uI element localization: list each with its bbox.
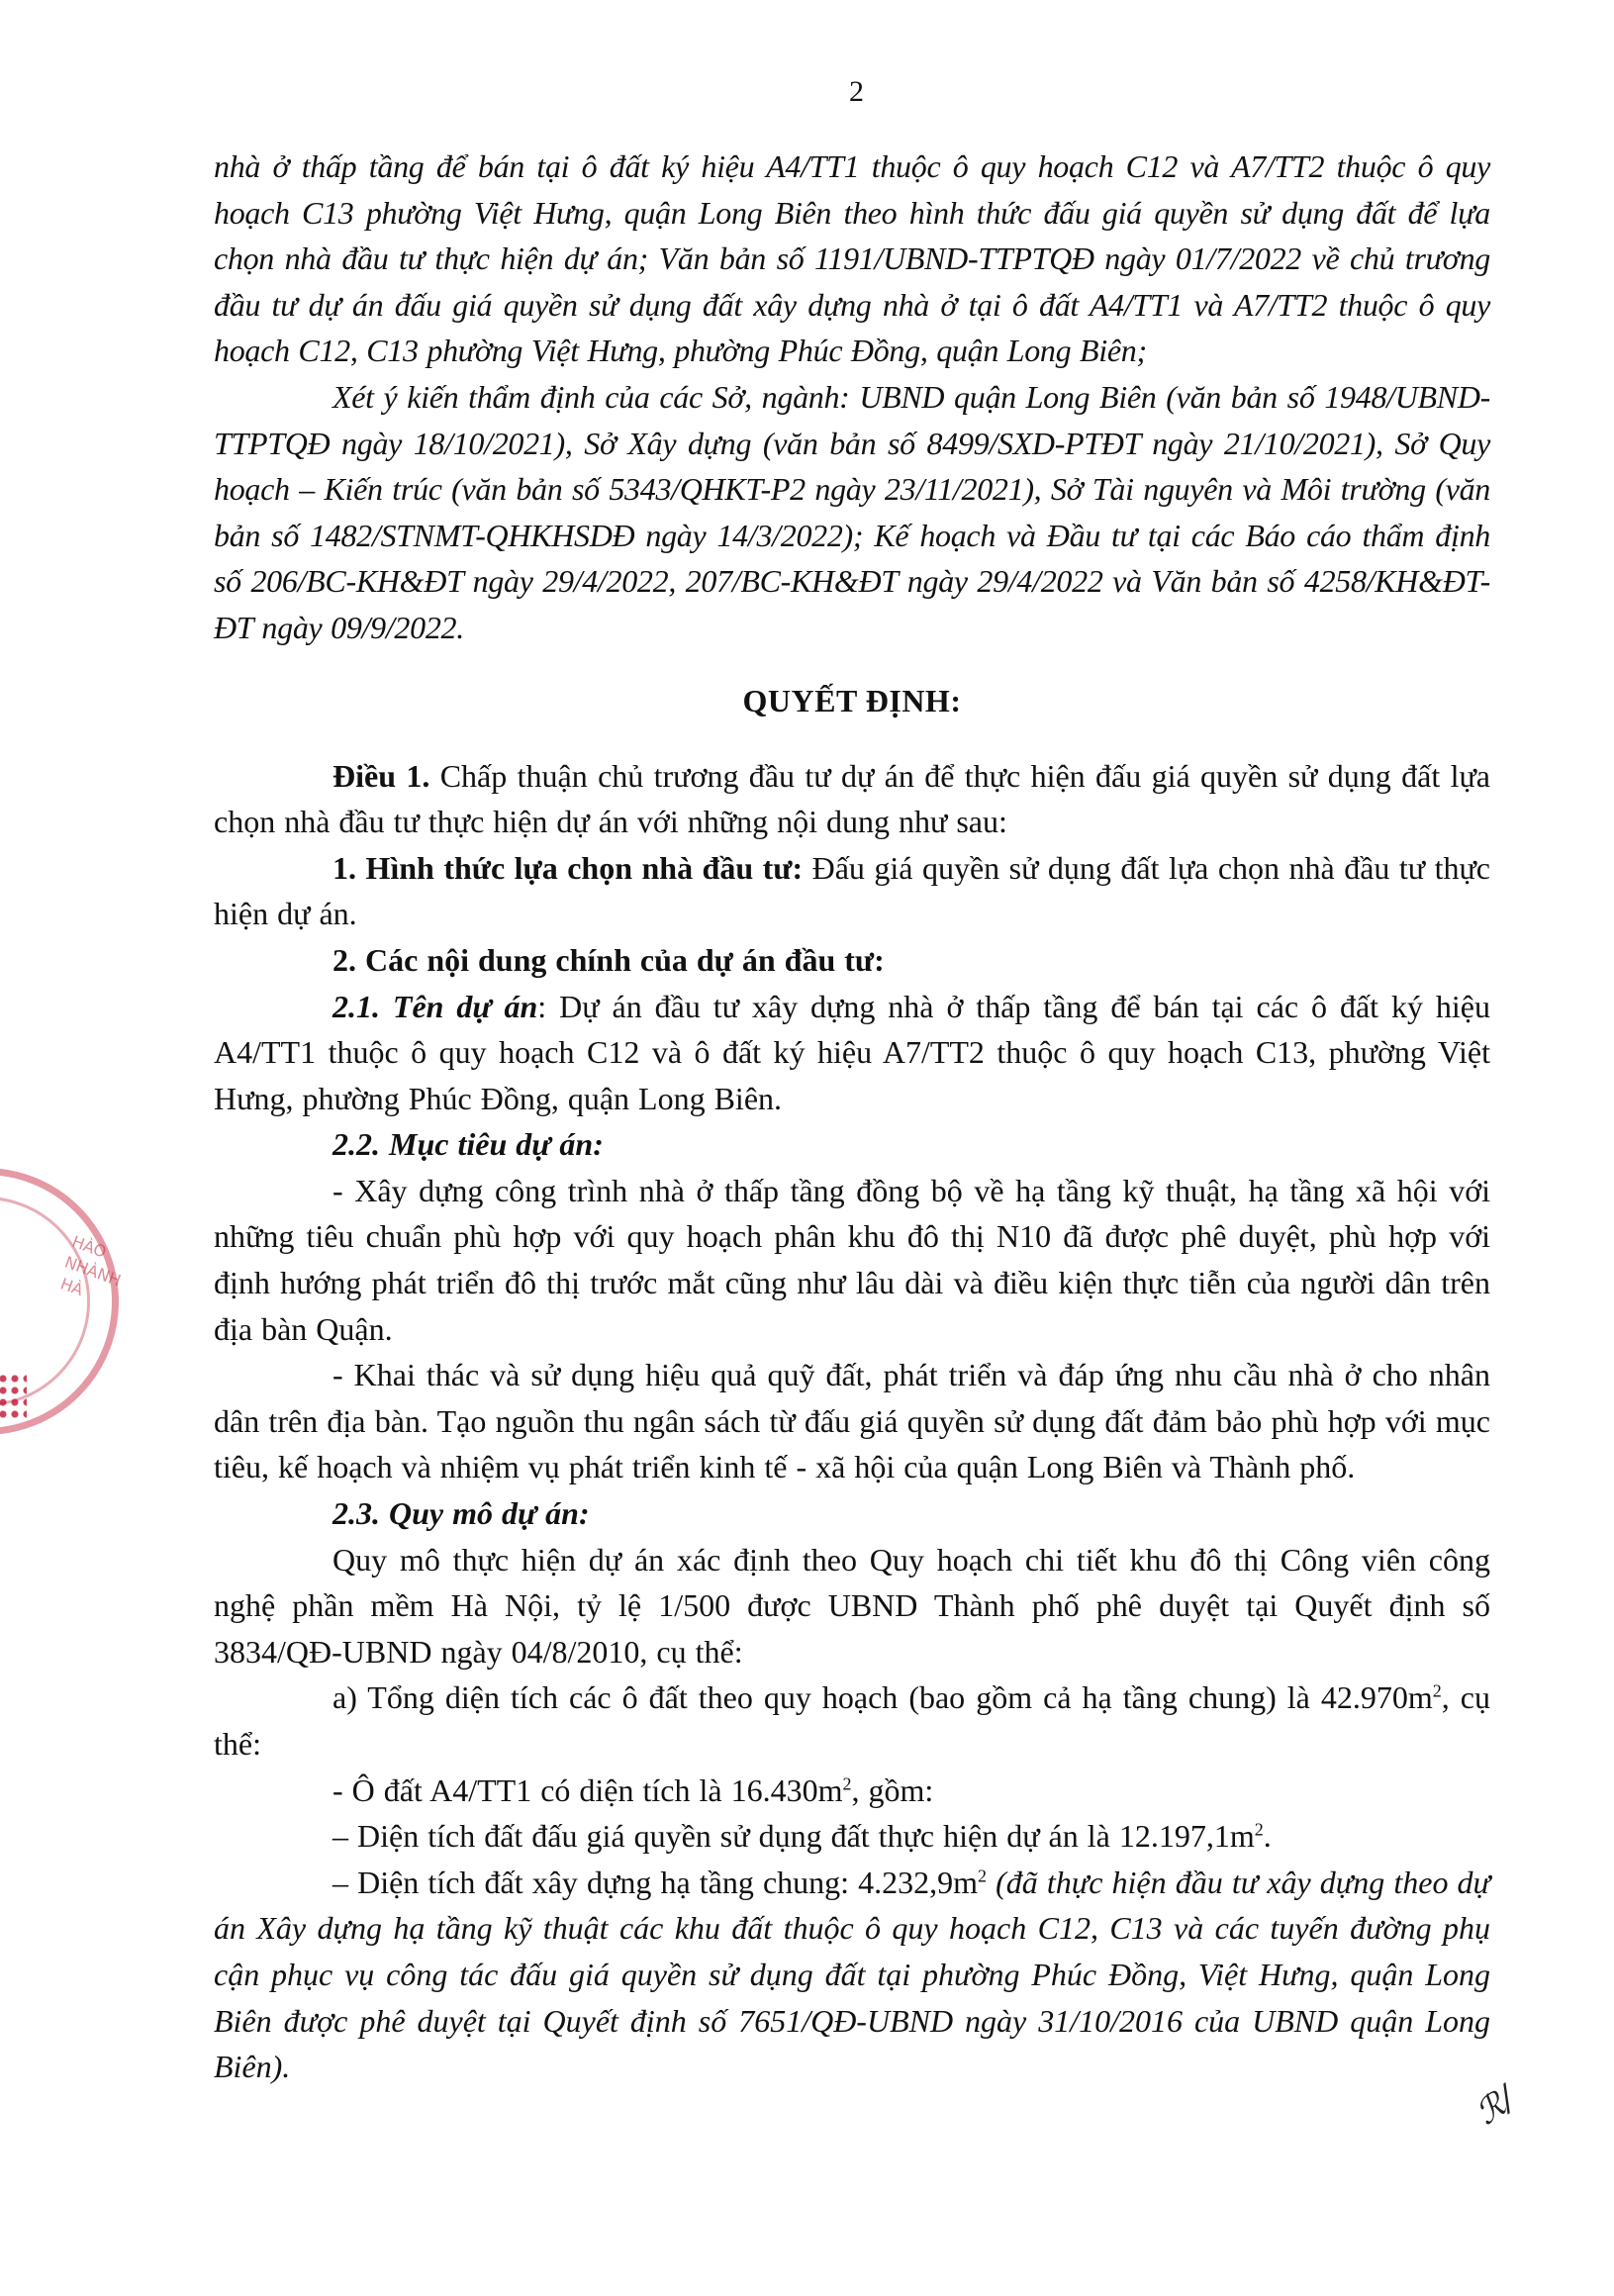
section-2-1-label: 2.1. Tên dự án — [332, 989, 537, 1024]
plot-a4-item: - Ô đất A4/TT1 có diện tích là 16.430m2,… — [214, 1768, 1490, 1814]
article-1-label: Điều 1. — [332, 758, 429, 794]
superscript: 2 — [978, 1865, 987, 1885]
section-2-1: 2.1. Tên dự án: Dự án đầu tư xây dựng nh… — [214, 984, 1490, 1122]
section-2-2-heading: 2.2. Mục tiêu dự án: — [214, 1121, 1490, 1168]
decision-title: QUYẾT ĐỊNH: — [214, 683, 1490, 719]
section-1-label: 1. Hình thức lựa chọn nhà đầu tư: — [332, 850, 803, 886]
plot-a4-suffix: , gồm: — [851, 1772, 933, 1808]
superscript: 2 — [1433, 1681, 1442, 1701]
objective-item-2: - Khai thác và sử dụng hiệu quả quỹ đất,… — [214, 1352, 1490, 1490]
document-body: nhà ở thấp tầng để bán tại ô đất ký hiệu… — [214, 143, 1490, 2090]
infra-area-item: – Diện tích đất xây dựng hạ tầng chung: … — [214, 1860, 1490, 2090]
stamp-text: HÀO NHÀNH HÀ — [54, 1231, 105, 1302]
section-2-heading: 2. Các nội dung chính của dự án đầu tư: — [214, 937, 1490, 984]
section-1: 1. Hình thức lựa chọn nhà đầu tư: Đấu gi… — [214, 845, 1490, 937]
auction-area-item: – Diện tích đất đấu giá quyền sử dụng đấ… — [214, 1813, 1490, 1860]
auction-area-suffix: . — [1264, 1818, 1272, 1854]
total-area-text: a) Tổng diện tích các ô đất theo quy hoạ… — [332, 1679, 1433, 1715]
page-number: 2 — [849, 77, 864, 107]
auction-area-text: – Diện tích đất đấu giá quyền sử dụng đấ… — [332, 1818, 1255, 1854]
infra-area-text: – Diện tích đất xây dựng hạ tầng chung: … — [332, 1865, 978, 1900]
total-area-item: a) Tổng diện tích các ô đất theo quy hoạ… — [214, 1674, 1490, 1767]
red-seal-stamp: HÀO NHÀNH HÀ — [0, 1168, 119, 1435]
intro-paragraph-continued: nhà ở thấp tầng để bán tại ô đất ký hiệu… — [214, 143, 1490, 374]
plot-a4-text: - Ô đất A4/TT1 có diện tích là 16.430m — [332, 1772, 842, 1808]
article-1: Điều 1. Chấp thuận chủ trương đầu tư dự … — [214, 753, 1490, 845]
superscript: 2 — [1255, 1820, 1264, 1840]
stamp-ink-dots — [0, 1373, 27, 1422]
objective-item-1: - Xây dựng công trình nhà ở thấp tầng đồ… — [214, 1168, 1490, 1352]
section-2-3-heading: 2.3. Quy mô dự án: — [214, 1490, 1490, 1537]
review-opinions-paragraph: Xét ý kiến thẩm định của các Sở, ngành: … — [214, 374, 1490, 651]
scale-intro: Quy mô thực hiện dự án xác định theo Quy… — [214, 1537, 1490, 1675]
